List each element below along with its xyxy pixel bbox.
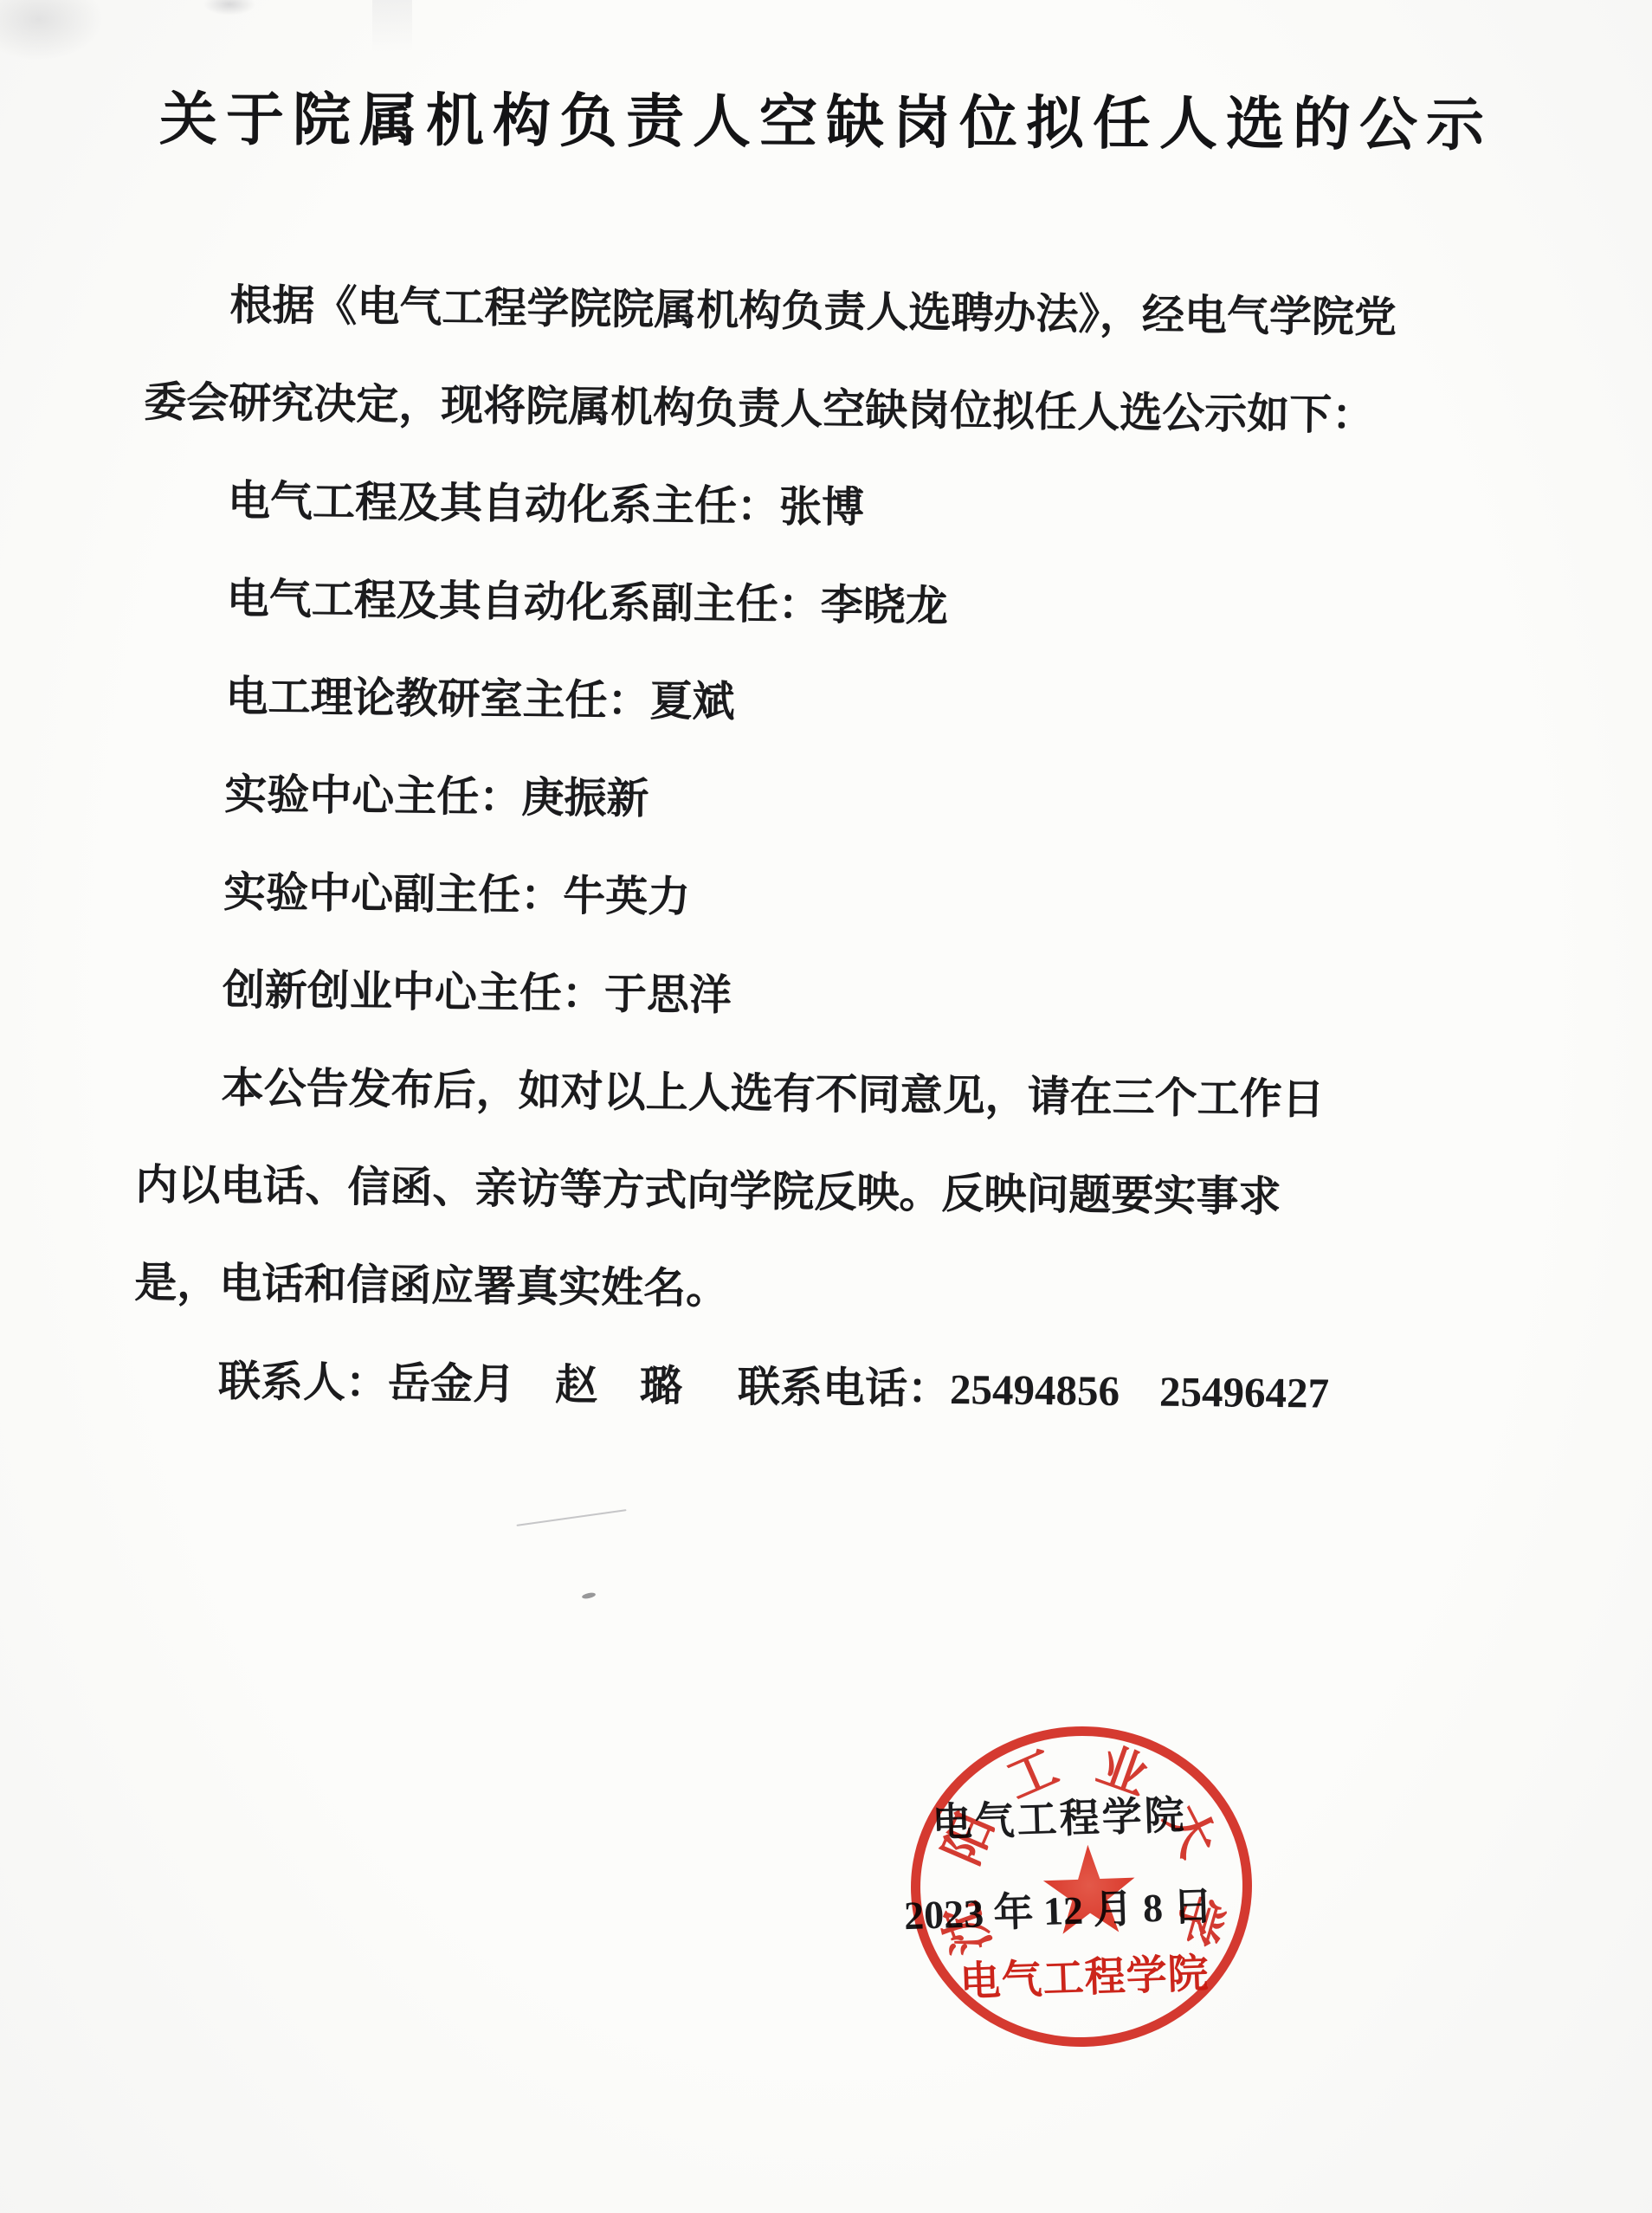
signature-org: 电气工程学院 [932, 1781, 1262, 1848]
appointment-position: 创新创业中心主任 [223, 966, 563, 1017]
contact-name-1: 岳金月 [388, 1359, 516, 1409]
appointment-name: 牛英力 [563, 872, 691, 921]
appointment-line: 电气工程及其自动化系副主任：李晓龙 [141, 549, 1517, 661]
document-page: 关于院属机构负责人空缺岗位拟任人选的公示 根据《电气工程学院院属机构负责人选聘办… [0, 0, 1652, 2213]
appointment-line: 电气工程及其自动化系主任：张博 [142, 451, 1518, 564]
appointment-position: 实验中心副主任 [223, 868, 521, 919]
scan-artifact [203, 0, 255, 16]
notice-line-2: 内以电话、信函、亲访等方式向学院反映。反映问题要实事求 [135, 1136, 1511, 1248]
contact-phone-1: 25494856 [950, 1365, 1120, 1415]
notice-line-1: 本公告发布后，如对以上人选有不同意见，请在三个工作日 [136, 1038, 1512, 1151]
intro-line-2: 委会研究决定，现将院属机构负责人空缺岗位拟任人选公示如下： [144, 353, 1520, 466]
appointment-line: 创新创业中心主任：于思洋 [137, 940, 1513, 1053]
notice-line-3: 是，电话和信函应署真实姓名。 [134, 1234, 1510, 1346]
appointment-colon: ： [778, 581, 821, 629]
scan-artifact [516, 1509, 626, 1526]
appointment-colon: ： [479, 773, 522, 822]
appointment-position: 电气工程及其自动化系副主任 [227, 575, 779, 629]
appointment-line: 电工理论教研室主任：夏斌 [140, 647, 1516, 759]
contact-phone-label: 联系电话： [738, 1363, 951, 1413]
contact-label: 联系人： [218, 1358, 389, 1407]
scan-artifact [0, 0, 104, 61]
document-body: 根据《电气工程学院院属机构负责人选聘办法》，经电气学院党 委会研究决定，现将院属… [132, 255, 1520, 1444]
scan-artifact [372, 0, 412, 52]
contact-line: 联系人：岳金月赵 璐联系电话：2549485625496427 [132, 1332, 1508, 1444]
page-title: 关于院属机构负责人空缺岗位拟任人选的公示 [0, 73, 1652, 163]
appointment-position: 实验中心主任 [224, 771, 480, 821]
appointment-position: 电气工程及其自动化系主任 [228, 477, 738, 530]
appointment-line: 实验中心主任：庚振新 [139, 745, 1515, 857]
appointment-name: 夏斌 [649, 677, 735, 726]
appointment-name: 于思洋 [604, 971, 732, 1020]
appointment-line: 实验中心副主任：牛英力 [139, 842, 1514, 955]
signature-block: 电气工程学院 2023 年 12 月 8 日 [879, 1767, 1265, 1942]
appointments-list: 电气工程及其自动化系主任：张博电气工程及其自动化系副主任：李晓龙电工理论教研室主… [137, 451, 1518, 1053]
appointment-position: 电工理论教研室主任 [225, 673, 608, 725]
contact-phone-2: 25496427 [1159, 1368, 1330, 1417]
appointment-name: 李晓龙 [821, 581, 949, 630]
seal-ring-chars: 沈阳工业大学 [915, 1731, 1237, 1742]
intro-line-1: 根据《电气工程学院院属机构负责人选聘办法》，经电气学院党 [145, 255, 1520, 368]
seal-name-text: 电气工程学院 [922, 1939, 1246, 2009]
signature-date: 2023 年 12 月 8 日 [903, 1873, 1265, 1941]
contact-name-2: 赵 璐 [555, 1361, 683, 1410]
appointment-name: 庚振新 [521, 774, 649, 823]
appointment-name: 张博 [779, 483, 865, 532]
appointment-colon: ： [562, 970, 605, 1018]
scan-artifact [582, 1591, 597, 1599]
appointment-colon: ： [520, 872, 564, 920]
appointment-colon: ： [607, 677, 650, 726]
appointment-colon: ： [737, 482, 780, 531]
